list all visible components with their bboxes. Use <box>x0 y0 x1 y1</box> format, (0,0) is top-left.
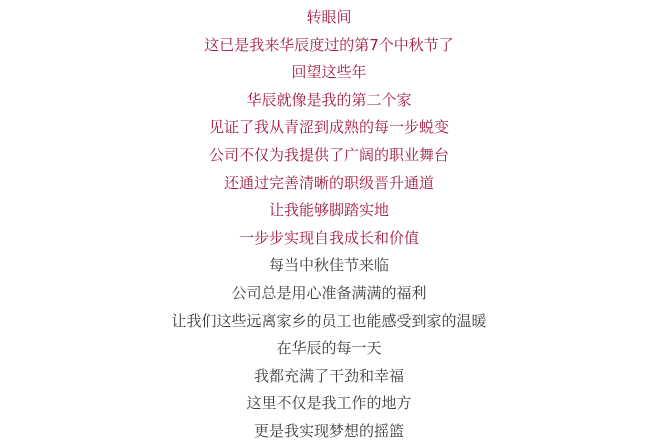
article-line: 这已是我来华辰度过的第7个中秋节了 <box>0 32 658 60</box>
article-line: 让我能够脚踏实地 <box>0 197 658 225</box>
article-line: 让我们这些远离家乡的员工也能感受到家的温暖 <box>0 308 658 336</box>
article-line: 公司总是用心准备满满的福利 <box>0 280 658 308</box>
article-line: 还通过完善清晰的职级晋升通道 <box>0 170 658 198</box>
article-line: 华辰就像是我的第二个家 <box>0 87 658 115</box>
article-line: 这里不仅是我工作的地方 <box>0 390 658 418</box>
article-line: 我都充满了干劲和幸福 <box>0 363 658 391</box>
article-line: 公司不仅为我提供了广阔的职业舞台 <box>0 142 658 170</box>
article-line: 每当中秋佳节来临 <box>0 252 658 280</box>
article-line: 见证了我从青涩到成熟的每一步蜕变 <box>0 114 658 142</box>
article-line: 一步步实现自我成长和价值 <box>0 225 658 253</box>
article-line: 更是我实现梦想的摇篮 <box>0 418 658 440</box>
article-body: 转眼间 这已是我来华辰度过的第7个中秋节了 回望这些年 华辰就像是我的第二个家 … <box>0 0 658 440</box>
article-line: 转眼间 <box>0 4 658 32</box>
article-line: 在华辰的每一天 <box>0 335 658 363</box>
article-line: 回望这些年 <box>0 59 658 87</box>
